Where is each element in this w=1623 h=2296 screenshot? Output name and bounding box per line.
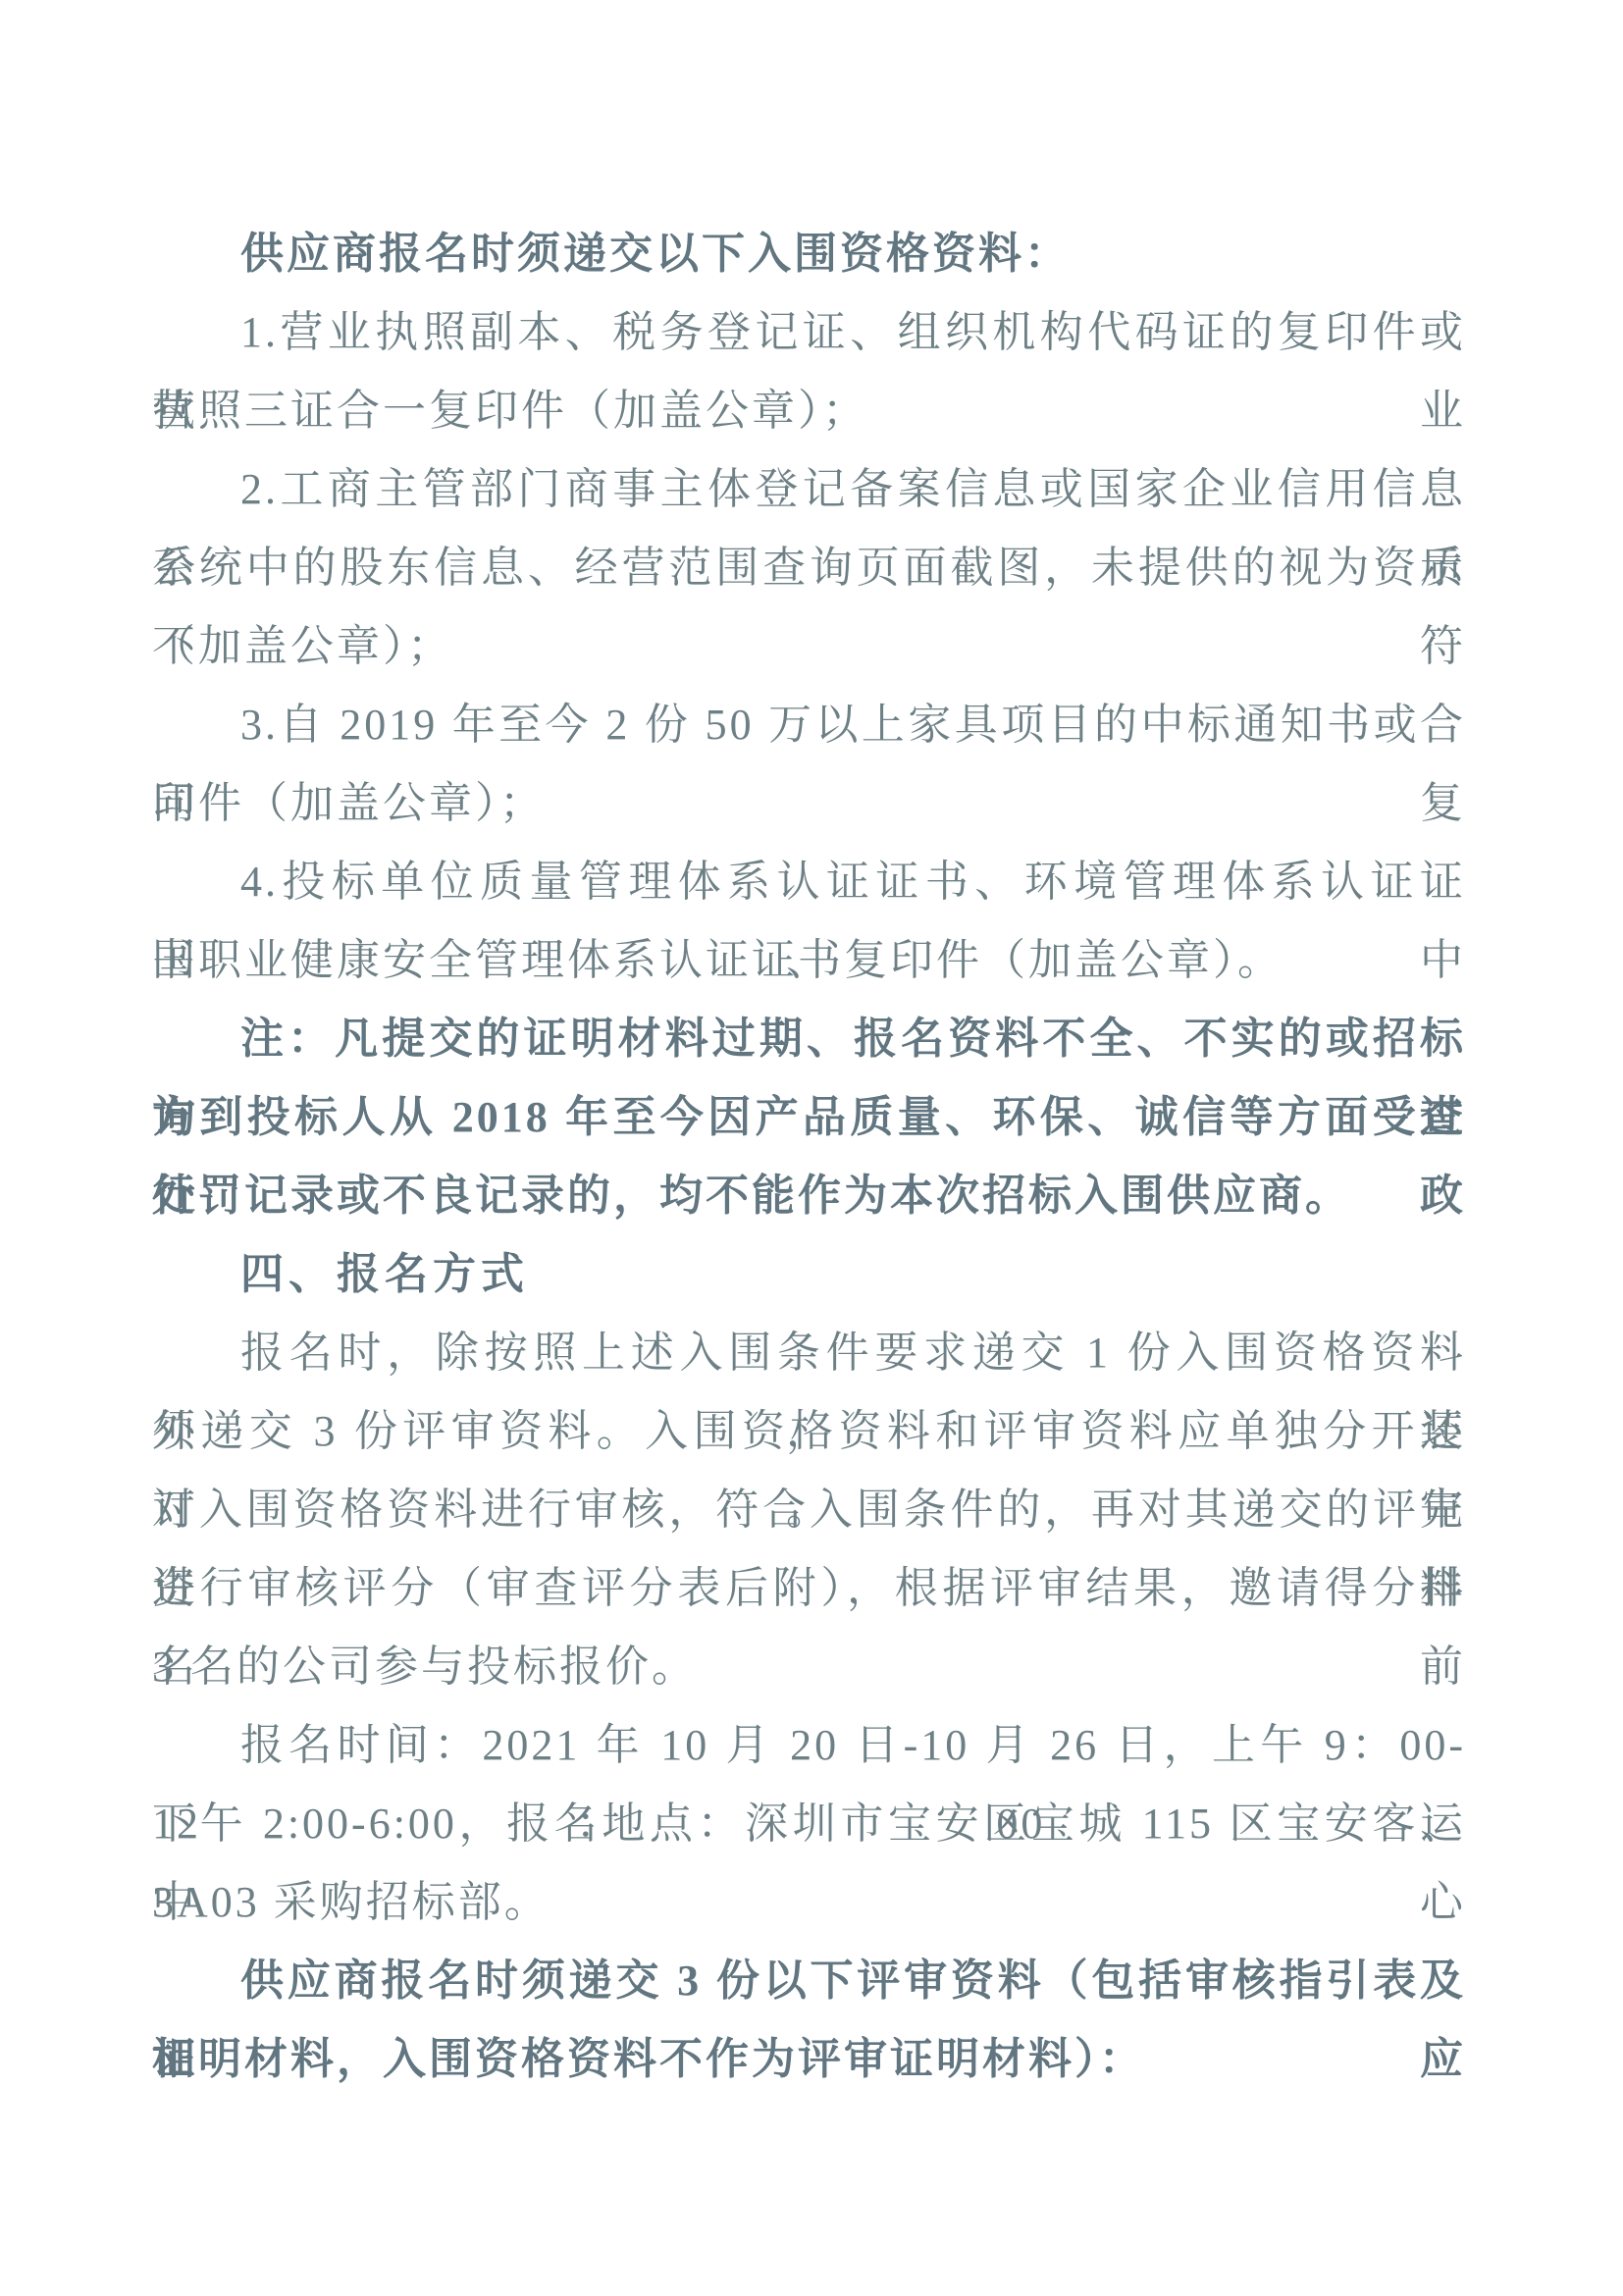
note-line3: 处罚记录或不良记录的，均不能作为本次招标入围供应商。 — [152, 1157, 1466, 1235]
note-line1: 注：凡提交的证明材料过期、报名资料不全、不实的或招标方查 — [152, 1000, 1466, 1078]
item2-line2: 系统中的股东信息、经营范围查询页面截图，未提供的视为资质不符 — [152, 529, 1466, 607]
registration-para-line4: 进行审核评分（审查评分表后附），根据评审结果，邀请得分排名前 — [152, 1549, 1466, 1628]
registration-time-line1: 报名时间：2021 年 10 月 20 日-10 月 26 日，上午 9：00-… — [152, 1706, 1466, 1785]
registration-para-line1: 报名时，除按照上述入围条件要求递交 1 份入围资格资料外，还 — [152, 1314, 1466, 1392]
item4-line1: 4.投标单位质量管理体系认证证书、环境管理体系认证证书、中 — [152, 843, 1466, 921]
qualification-materials-heading: 供应商报名时须递交以下入围资格资料： — [152, 215, 1466, 293]
section4-heading: 四、报名方式 — [152, 1235, 1466, 1314]
document-page: 供应商报名时须递交以下入围资格资料： 1.营业执照副本、税务登记证、组织机构代码… — [0, 0, 1623, 2296]
item4-line2: 国职业健康安全管理体系认证证书复印件（加盖公章）。 — [152, 921, 1466, 1000]
item1-line1: 1.营业执照副本、税务登记证、组织机构代码证的复印件或营业 — [152, 293, 1466, 372]
registration-para-line3: 对入围资格资料进行审核，符合入围条件的，再对其递交的评审资料 — [152, 1471, 1466, 1549]
registration-para-line2: 须递交 3 份评审资料。入围资格资料和评审资料应单独分开装订。先 — [152, 1392, 1466, 1471]
review-materials-heading-line1: 供应商报名时须递交 3 份以下评审资料（包括审核指引表及相应 — [152, 1942, 1466, 2020]
registration-time-line2: 下午 2:00-6:00，报名地点：深圳市宝安区宝城 115 区宝安客运中心 — [152, 1785, 1466, 1863]
item2-line1: 2.工商主管部门商事主体登记备案信息或国家企业信用信息公示 — [152, 450, 1466, 529]
note-line2: 询到投标人从 2018 年至今因产品质量、环保、诚信等方面受过行政 — [152, 1078, 1466, 1157]
item3-line1: 3.自 2019 年至今 2 份 50 万以上家具项目的中标通知书或合同复 — [152, 686, 1466, 764]
